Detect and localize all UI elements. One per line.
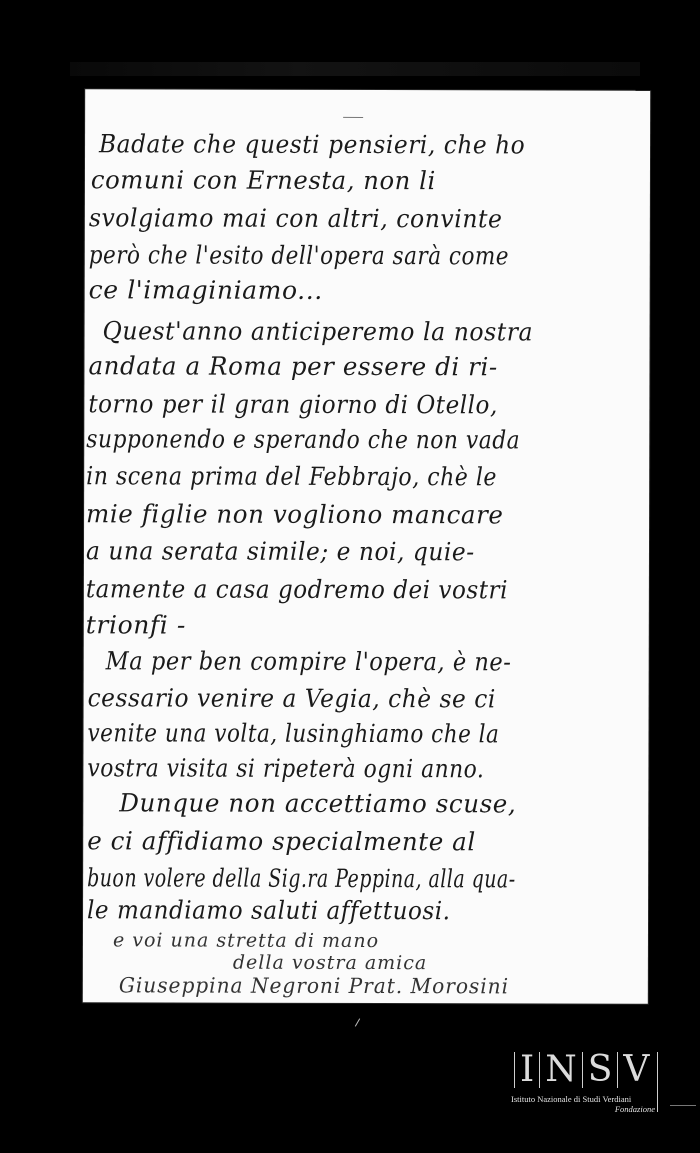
- letter-line-8: torno per il gran giorno di Otello,: [88, 389, 498, 419]
- letter-line-20: e ci affidiamo specialmente al: [87, 826, 476, 856]
- closing-line-2: della vostra amica: [233, 952, 427, 975]
- logo-divider: [582, 1052, 583, 1088]
- logo-subtitle: Fondazione: [615, 1104, 655, 1114]
- logo-letters: I N S V: [511, 1052, 661, 1088]
- logo-letter-s: S: [586, 1052, 615, 1088]
- logo-letter-v: V: [621, 1052, 651, 1088]
- letter-line-14: trionfi -: [86, 610, 186, 639]
- letter-line-18: vostra visita si ripeterà ogni anno.: [87, 753, 484, 783]
- page-top-dash: [343, 117, 363, 118]
- logo-letter-n: N: [543, 1052, 579, 1088]
- edge-dash-mark: [670, 1105, 696, 1106]
- closing-line-1: e voi una stretta di mano: [113, 929, 379, 952]
- letter-line-3: svolgiamo mai con altri, convinte: [89, 203, 503, 233]
- film-edge-strip: [70, 62, 640, 76]
- letter-line-12: a una serata simile; e noi, quie-: [86, 536, 475, 566]
- letter-line-21: buon volere della Sig.ra Peppina, alla q…: [87, 863, 516, 893]
- letter-line-5: ce l'imaginiamo...: [89, 275, 323, 305]
- letter-line-11: mie figlie non vogliono mancare: [86, 499, 503, 529]
- letter-line-9: supponendo e sperando che non vada: [86, 424, 520, 454]
- letter-line-16: cessario venire a Vegia, chè se ci: [88, 683, 496, 713]
- letter-line-2: comuni con Ernesta, non li: [91, 165, 436, 195]
- logo-divider: [617, 1052, 618, 1088]
- letter-line-19: Dunque non accettiamo scuse,: [119, 788, 516, 818]
- letter-line-4: però che l'esito dell'opera sarà come: [89, 240, 509, 270]
- letter-line-13: tamente a casa godremo dei vostri: [86, 574, 508, 604]
- letter-page: Badate che questi pensieri, che ho comun…: [83, 89, 650, 1003]
- letter-line-1: Badate che questi pensieri, che ho: [99, 129, 525, 159]
- signature: Giuseppina Negroni Prat. Morosini: [119, 973, 509, 998]
- logo-divider: [514, 1052, 515, 1088]
- letter-line-6: Quest'anno anticiperemo la nostra: [103, 316, 534, 346]
- logo-letter-i: I: [518, 1052, 536, 1088]
- letter-line-22: le mandiamo saluti affettuosi.: [87, 895, 451, 925]
- logo-vertical-rule: [657, 1052, 658, 1112]
- letter-line-10: in scena prima del Febbrajo, chè le: [86, 461, 497, 491]
- letter-line-17: venite una volta, lusinghiamo che la: [87, 718, 499, 748]
- stray-mark: [355, 1018, 360, 1026]
- letter-line-15: Ma per ben compire l'opera, è ne-: [106, 646, 512, 676]
- insv-watermark-logo: I N S V Istituto Nazionale di Studi Verd…: [511, 1052, 661, 1114]
- logo-institution-name: Istituto Nazionale di Studi Verdiani: [511, 1094, 631, 1104]
- logo-divider: [539, 1052, 540, 1088]
- letter-line-7: andata a Roma per essere di ri-: [88, 351, 497, 381]
